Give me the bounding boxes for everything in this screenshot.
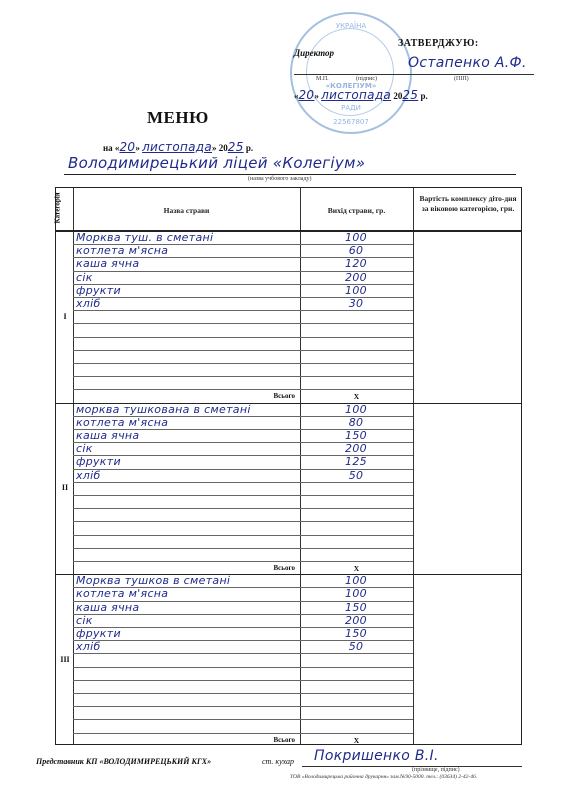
dish-name: каша ячна	[76, 601, 139, 614]
dish-portion: 60	[306, 244, 406, 257]
director-position: Директор	[294, 48, 334, 58]
menu-table: Категорія Назва страви Вихід страви, гр.…	[55, 187, 522, 745]
dish-portion: 150	[306, 429, 406, 442]
approval-year-suffix: 25	[402, 88, 418, 102]
header-dish: Назва страви	[73, 206, 300, 215]
school-name-line: Володимирецький ліцей «Колегіум»	[64, 154, 516, 175]
menu-date-prefix: на «	[103, 143, 119, 153]
name-caption: (ПІП)	[454, 76, 469, 82]
row-line	[73, 653, 413, 654]
dish-portion: 50	[306, 469, 406, 482]
school-caption: (назва учбового закладу)	[248, 176, 312, 182]
dish-portion: 150	[306, 601, 406, 614]
dish-name: хліб	[76, 469, 101, 482]
stamp-place-label: М.П.	[316, 76, 329, 82]
dish-portion: 100	[306, 587, 406, 600]
dish-portion: 100	[306, 403, 406, 416]
menu-year-suffix: 25	[228, 140, 244, 154]
dish-name: котлета м'ясна	[76, 244, 168, 257]
menu-year-prefix: » 20	[212, 143, 228, 153]
row-line	[73, 719, 413, 720]
menu-date: на «20» листопада» 2025 р.	[103, 140, 253, 154]
dish-name: хліб	[76, 640, 101, 653]
total-mark: X	[300, 392, 413, 401]
row-line	[73, 561, 413, 562]
menu-date-month: листопада	[142, 140, 212, 154]
row-line	[73, 495, 413, 496]
menu-date-suffix: р.	[246, 143, 253, 153]
category-label: III	[56, 655, 74, 664]
row-line	[73, 350, 413, 351]
row-line	[73, 310, 413, 311]
dish-portion: 125	[306, 455, 406, 468]
header-category: Категорія	[53, 193, 61, 224]
signature-caption: (підпис)	[356, 76, 377, 82]
total-mark: X	[300, 736, 413, 745]
dish-name: котлета м'ясна	[76, 587, 168, 600]
dish-portion: 150	[306, 627, 406, 640]
approval-date-month: листопада	[321, 88, 391, 102]
representative-label: Представник КП «ВОЛОДИМИРЕЦЬКИЙ КГХ»	[36, 757, 211, 766]
dish-name: Морква тушков в сметані	[76, 574, 230, 587]
school-name: Володимирецький ліцей «Колегіум»	[68, 154, 365, 172]
dish-portion: 30	[306, 297, 406, 310]
header-cost: Вартість комплексу діто-дня за віковою к…	[418, 194, 518, 214]
dish-portion: 200	[306, 614, 406, 627]
dish-portion: 50	[306, 640, 406, 653]
dish-portion: 100	[306, 284, 406, 297]
dish-name: морква тушкована в сметані	[76, 403, 251, 416]
dish-name: фрукти	[76, 455, 121, 468]
dish-portion: 200	[306, 442, 406, 455]
dish-name: сік	[76, 614, 93, 627]
category-label: I	[56, 312, 74, 321]
row-line	[73, 376, 413, 377]
col-divider	[413, 188, 414, 744]
row-line	[73, 693, 413, 694]
total-mark: X	[300, 564, 413, 573]
total-label: Всього	[73, 564, 295, 572]
dish-name: сік	[76, 442, 93, 455]
stamp-top-text: УКРАЇНА	[292, 22, 410, 30]
dish-portion: 100	[306, 574, 406, 587]
dish-name: котлета м'ясна	[76, 416, 168, 429]
dish-name: фрукти	[76, 284, 121, 297]
cook-caption: (прізвище, підпис)	[412, 767, 460, 773]
total-label: Всього	[73, 392, 295, 400]
dish-name: каша ячна	[76, 429, 139, 442]
stamp-code: 22567807	[292, 118, 410, 126]
row-line	[73, 667, 413, 668]
director-name: Остапенко А.Ф.	[408, 55, 527, 71]
approval-heading: ЗАТВЕРДЖУЮ:	[398, 38, 479, 49]
row-line	[73, 389, 413, 390]
dish-portion: 100	[306, 231, 406, 244]
page-title: МЕНЮ	[147, 108, 209, 128]
stamp-bottom-text: РАДИ	[292, 104, 410, 112]
dish-name: Морква туш. в сметані	[76, 231, 213, 244]
dish-name: фрукти	[76, 627, 121, 640]
row-line	[73, 680, 413, 681]
total-label: Всього	[73, 736, 295, 744]
cook-name: Покришенко В.І.	[314, 748, 439, 764]
approval-date-suffix: р.	[420, 91, 427, 101]
row-line	[73, 521, 413, 522]
row-line	[73, 706, 413, 707]
header-portion: Вихід страви, гр.	[300, 206, 413, 215]
dish-name: каша ячна	[76, 257, 139, 270]
approval-date-day: 20	[299, 88, 315, 102]
cook-label: ст. кухар	[262, 757, 294, 766]
row-line	[73, 508, 413, 509]
row-line	[73, 323, 413, 324]
row-line	[73, 363, 413, 364]
row-line	[73, 548, 413, 549]
dish-name: сік	[76, 271, 93, 284]
menu-date-day: 20	[119, 140, 135, 154]
approval-date: «20» листопада 2025 р.	[294, 88, 428, 102]
row-line	[73, 337, 413, 338]
approval-year-prefix: 20	[393, 91, 402, 101]
row-line	[73, 733, 413, 734]
row-line	[73, 535, 413, 536]
dish-name: хліб	[76, 297, 101, 310]
printer-info: ТОВ «Володимирецька районна друкарня» за…	[290, 774, 477, 780]
row-line	[73, 482, 413, 483]
dish-portion: 120	[306, 257, 406, 270]
dish-portion: 80	[306, 416, 406, 429]
category-label: II	[56, 483, 74, 492]
dish-portion: 200	[306, 271, 406, 284]
